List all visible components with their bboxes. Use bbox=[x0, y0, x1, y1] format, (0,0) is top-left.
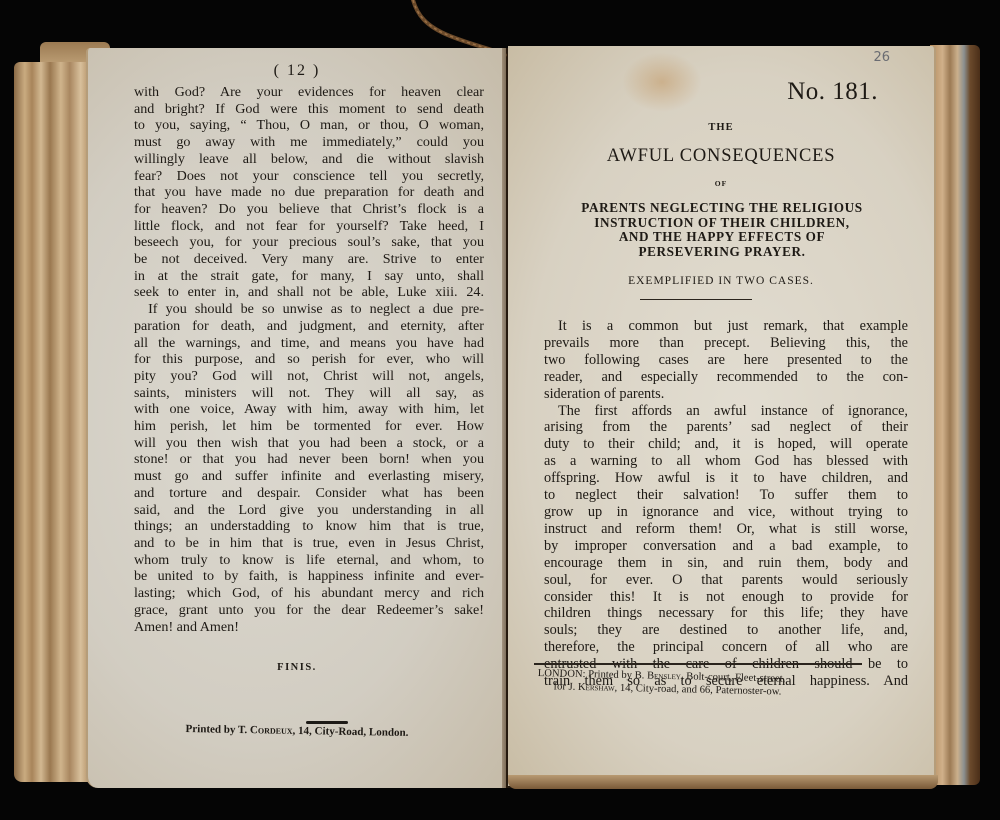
text-line: offspring. How awful is it to have child… bbox=[544, 470, 908, 487]
text-line: be not deceived. Very many are. Strive t… bbox=[134, 251, 484, 268]
printer-ornament-icon bbox=[306, 721, 348, 724]
text-line: with God? Are your evidences for heaven … bbox=[134, 84, 484, 101]
text-line: arising from the parents’ sad neglect of… bbox=[544, 419, 908, 436]
text-line: prevails more than precept. Believing th… bbox=[544, 335, 908, 352]
imprint-suffix: , 14, City-road, and 66, Paternoster-ow. bbox=[614, 683, 781, 698]
imprint-suffix: , 14, City-Road, London. bbox=[292, 725, 408, 739]
text-line: two following cases are here presented t… bbox=[544, 352, 908, 369]
subtitle-line: INSTRUCTION OF THEIR CHILDREN, bbox=[536, 216, 908, 231]
text-line: by improper conversation and a bad examp… bbox=[544, 538, 908, 555]
text-line: for this purpose, and so perish for ever… bbox=[134, 351, 484, 368]
text-line: things; an understadding to know him tha… bbox=[134, 518, 484, 535]
text-line: and to be in him that is true, even in J… bbox=[134, 535, 484, 552]
exemplified-heading: EXEMPLIFIED IN TWO CASES. bbox=[508, 275, 934, 287]
right-bottom-edge bbox=[508, 775, 938, 789]
text-line: children things necessary for this life;… bbox=[544, 605, 908, 622]
left-imprint: Printed by T. Cordeux, 14, City-Road, Lo… bbox=[88, 721, 506, 740]
title-the: THE bbox=[508, 122, 934, 133]
imprint-printer: Bensley bbox=[647, 670, 681, 682]
title-of: OF bbox=[508, 179, 934, 188]
tract-subtitle: PARENTS NEGLECTING THE RELIGIOUS INSTRUC… bbox=[536, 201, 908, 259]
text-line: fear? Does not your conscience tell you … bbox=[134, 168, 484, 185]
text-line: stone! or that you had never been born! … bbox=[134, 451, 484, 468]
text-line: beseech you, for your precious soul’s sa… bbox=[134, 234, 484, 251]
pencil-annotation: 26 bbox=[873, 50, 890, 65]
divider-rule bbox=[640, 299, 752, 300]
footer-rule bbox=[534, 663, 862, 665]
imprint-printer: Cordeux bbox=[250, 724, 293, 737]
tract-title: AWFUL CONSEQUENCES bbox=[508, 146, 934, 167]
text-line: saints, ministers will not. They will al… bbox=[134, 385, 484, 402]
text-line: him perish, let him be tormented for eve… bbox=[134, 418, 484, 435]
subtitle-line: PERSEVERING PRAYER. bbox=[536, 245, 908, 260]
text-line: said, and the Lord give you understandin… bbox=[134, 502, 484, 519]
subtitle-line: AND THE HAPPY EFFECTS OF bbox=[536, 230, 908, 245]
text-line: encourage them in sin, and ruin them, bo… bbox=[544, 555, 908, 572]
text-line: instruct and reform them! Or, what is st… bbox=[544, 521, 908, 538]
text-line: consider this! It is not enough to provi… bbox=[544, 589, 908, 606]
imprint-suffix: , Bolt-court, Fleet-street, bbox=[681, 671, 786, 684]
text-line: grow up in ignorance and vice, without t… bbox=[544, 504, 908, 521]
text-line: that you have made no due preparation fo… bbox=[134, 184, 484, 201]
text-line: to you, saying, “ Thou, O man, or thou, … bbox=[134, 117, 484, 134]
text-line: sideration of parents. bbox=[544, 386, 908, 403]
text-line: reader, and especially recommended to th… bbox=[544, 369, 908, 386]
text-line: must go away with me immediately,” could… bbox=[134, 134, 484, 151]
text-line: must go and suffer infinite and everlast… bbox=[134, 468, 484, 485]
text-line: to neglect their salvation! To suffer th… bbox=[544, 487, 908, 504]
text-line: therefore, the principal concern of all … bbox=[544, 639, 908, 656]
imprint-publisher: Kershaw bbox=[578, 682, 615, 694]
text-line: soul, for ever. O that parents would ser… bbox=[544, 572, 908, 589]
imprint-prefix: Printed by T. bbox=[185, 723, 250, 736]
right-page-body: It is a common but just remark, that exa… bbox=[544, 318, 908, 690]
text-line: will you then wish that you had been a s… bbox=[134, 435, 484, 452]
text-line: willingly leave all below, and die witho… bbox=[134, 151, 484, 168]
text-line: whom truly to know is life eternal, and … bbox=[134, 552, 484, 569]
text-line: be united to by faith, is happiness infi… bbox=[134, 568, 484, 585]
left-page: ( 12 ) with God? Are your evidences for … bbox=[86, 48, 506, 788]
left-page-body: with God? Are your evidences for heaven … bbox=[134, 84, 484, 635]
text-line: little flock, and not fear for yourself?… bbox=[134, 218, 484, 235]
text-line: Amen! and Amen! bbox=[134, 619, 484, 636]
tract-number: No. 181. bbox=[787, 78, 878, 106]
text-line: duty to their child; and, it is hoped, w… bbox=[544, 436, 908, 453]
imprint-prefix: for J. bbox=[553, 681, 578, 693]
right-page: 26 No. 181. THE AWFUL CONSEQUENCES OF PA… bbox=[508, 46, 936, 786]
text-line: pity you? God will not, Christ will not,… bbox=[134, 368, 484, 385]
text-line: for heaven? Do you believe that Christ’s… bbox=[134, 201, 484, 218]
page-number: ( 12 ) bbox=[88, 62, 506, 80]
text-line: souls; they are destined to another life… bbox=[544, 622, 908, 639]
text-line: and bright? If God were this moment to s… bbox=[134, 101, 484, 118]
subtitle-line: PARENTS NEGLECTING THE RELIGIOUS bbox=[536, 201, 908, 216]
text-line: paration for death, and judgment, and et… bbox=[134, 318, 484, 335]
text-line: The first affords an awful instance of i… bbox=[544, 403, 908, 420]
foxing-stain bbox=[622, 52, 702, 112]
text-line: and torture and despair. Consider what h… bbox=[134, 485, 484, 502]
text-line: seek to enter in, and shall not be able,… bbox=[134, 284, 484, 301]
text-line: grace, grant unto you for the dear Redee… bbox=[134, 602, 484, 619]
right-page-block-edges bbox=[930, 45, 980, 785]
text-line: in at the strait gate, for many, I say u… bbox=[134, 268, 484, 285]
finis-label: FINIS. bbox=[88, 662, 506, 673]
text-line: lasting; which God, of his abundant merc… bbox=[134, 585, 484, 602]
text-line: as a warning to all whom God has blessed… bbox=[544, 453, 908, 470]
text-line: all the warnings, and time, and means yo… bbox=[134, 335, 484, 352]
text-line: It is a common but just remark, that exa… bbox=[544, 318, 908, 335]
text-line: If you should be so unwise as to neglect… bbox=[134, 301, 484, 318]
text-line: with one voice, Away with him, away with… bbox=[134, 401, 484, 418]
